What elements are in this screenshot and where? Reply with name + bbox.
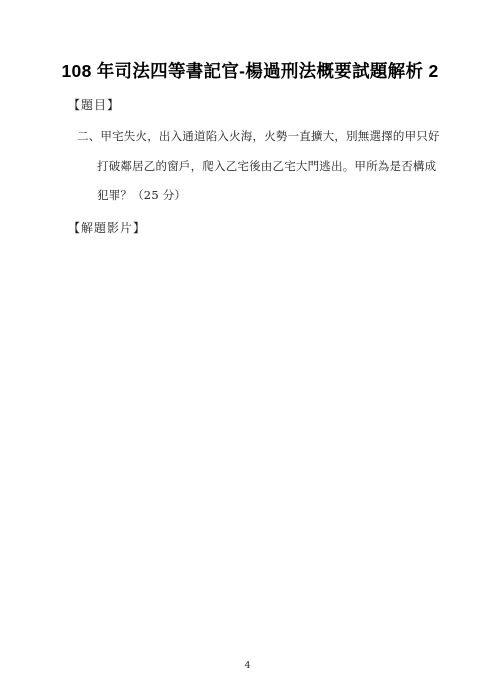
document-title: 108 年司法四等書記官-楊過刑法概要試題解析 2 — [40, 59, 460, 83]
page-number: 4 — [0, 660, 495, 671]
question-line-3: 犯罪？（25 分） — [97, 188, 186, 202]
video-section-label: 【解題影片】 — [68, 219, 146, 236]
document-page: 108 年司法四等書記官-楊過刑法概要試題解析 2 【題目】 二、甲宅失火，出入… — [0, 0, 495, 700]
question-line-2: 打破鄰居乙的窗戶，爬入乙宅後由乙宅大門逃出。甲所為是否構成 — [97, 159, 436, 173]
question-section-label: 【題目】 — [68, 96, 120, 113]
question-line-1: 二、甲宅失火，出入通道陷入火海，火勢一直擴大，別無選擇的甲只好 — [77, 129, 440, 143]
